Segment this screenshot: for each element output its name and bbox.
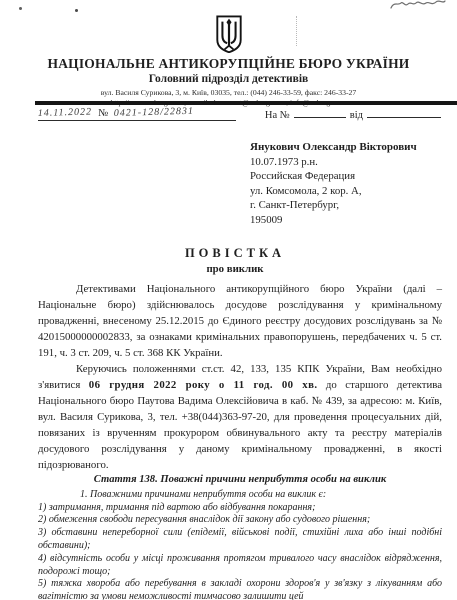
incoming-date-label: від <box>350 110 363 121</box>
outgoing-reference: 14.11.2022 № 0421-128/22831 <box>38 108 236 121</box>
recipient-street: ул. Комсомола, 2 кор. А, <box>250 184 417 199</box>
scan-speck <box>75 9 78 12</box>
incoming-date-blank <box>367 106 441 118</box>
recipient-block: Янукович Олександр Вікторович 10.07.1973… <box>250 140 417 228</box>
scanned-summons-document: НАЦІОНАЛЬНЕ АНТИКОРУПЦІЙНЕ БЮРО УКРАЇНИ … <box>0 0 457 600</box>
article-item-4: 4) відсутність особи у місці проживання … <box>38 553 442 579</box>
recipient-birthdate: 10.07.1973 р.н. <box>250 155 417 170</box>
division-name: Головний підрозділ детективів <box>0 72 457 86</box>
article-item-5: 5) тяжка хвороба або перебування в закла… <box>38 578 442 600</box>
reference-line: 14.11.2022 № 0421-128/22831 На № від <box>38 106 441 121</box>
ukraine-trident-emblem-icon <box>214 15 244 53</box>
summons-datetime: 06 грудня 2022 року о 11 год. 00 хв. <box>89 379 318 391</box>
letterhead-separator-rule <box>35 101 457 105</box>
handwritten-outgoing-number: 0421-128/22831 <box>114 106 194 119</box>
scan-speck <box>19 7 22 10</box>
document-title-block: ПОВІСТКА про виклик <box>35 246 435 275</box>
letterhead: НАЦІОНАЛЬНЕ АНТИКОРУПЦІЙНЕ БЮРО УКРАЇНИ … <box>0 15 457 107</box>
address-line: вул. Василя Сурикова, 3, м. Київ, 03035,… <box>0 88 457 98</box>
incoming-number-blank <box>294 106 346 118</box>
recipient-city: г. Санкт-Петербург, <box>250 198 417 213</box>
handwritten-scribble-mark <box>389 0 447 11</box>
incoming-reference: На № від <box>265 106 441 121</box>
incoming-number-label: На № <box>265 110 290 121</box>
document-subtitle: про виклик <box>35 263 435 275</box>
document-body: Детективами Національного антикорупційно… <box>38 281 442 473</box>
recipient-postcode: 195009 <box>250 213 417 228</box>
paragraph-2-rest: до старшого детектива Національного бюро… <box>38 379 442 471</box>
article-item-1: 1) затримання, тримання під вартою або в… <box>38 502 442 515</box>
recipient-name: Янукович Олександр Вікторович <box>250 140 417 155</box>
recipient-country: Российская Федерация <box>250 169 417 184</box>
article-item-3: 3) обставини непереборної сили (епідемії… <box>38 527 442 553</box>
document-title: ПОВІСТКА <box>35 246 435 261</box>
body-paragraph-2: Керуючись положеннями ст.ст. 42, 133, 13… <box>38 361 442 473</box>
handwritten-date: 14.11.2022 <box>38 106 93 119</box>
body-paragraph-1: Детективами Національного антикорупційно… <box>38 281 442 361</box>
article-heading: Стаття 138. Поважні причини неприбуття о… <box>38 474 442 487</box>
article-intro: 1. Поважними причинами неприбуття особи … <box>38 489 442 502</box>
article-item-2: 2) обмеження свободи пересування внаслід… <box>38 514 442 527</box>
article-138-block: Стаття 138. Поважні причини неприбуття о… <box>38 474 442 600</box>
org-name: НАЦІОНАЛЬНЕ АНТИКОРУПЦІЙНЕ БЮРО УКРАЇНИ <box>0 56 457 71</box>
number-sign: № <box>98 108 108 119</box>
